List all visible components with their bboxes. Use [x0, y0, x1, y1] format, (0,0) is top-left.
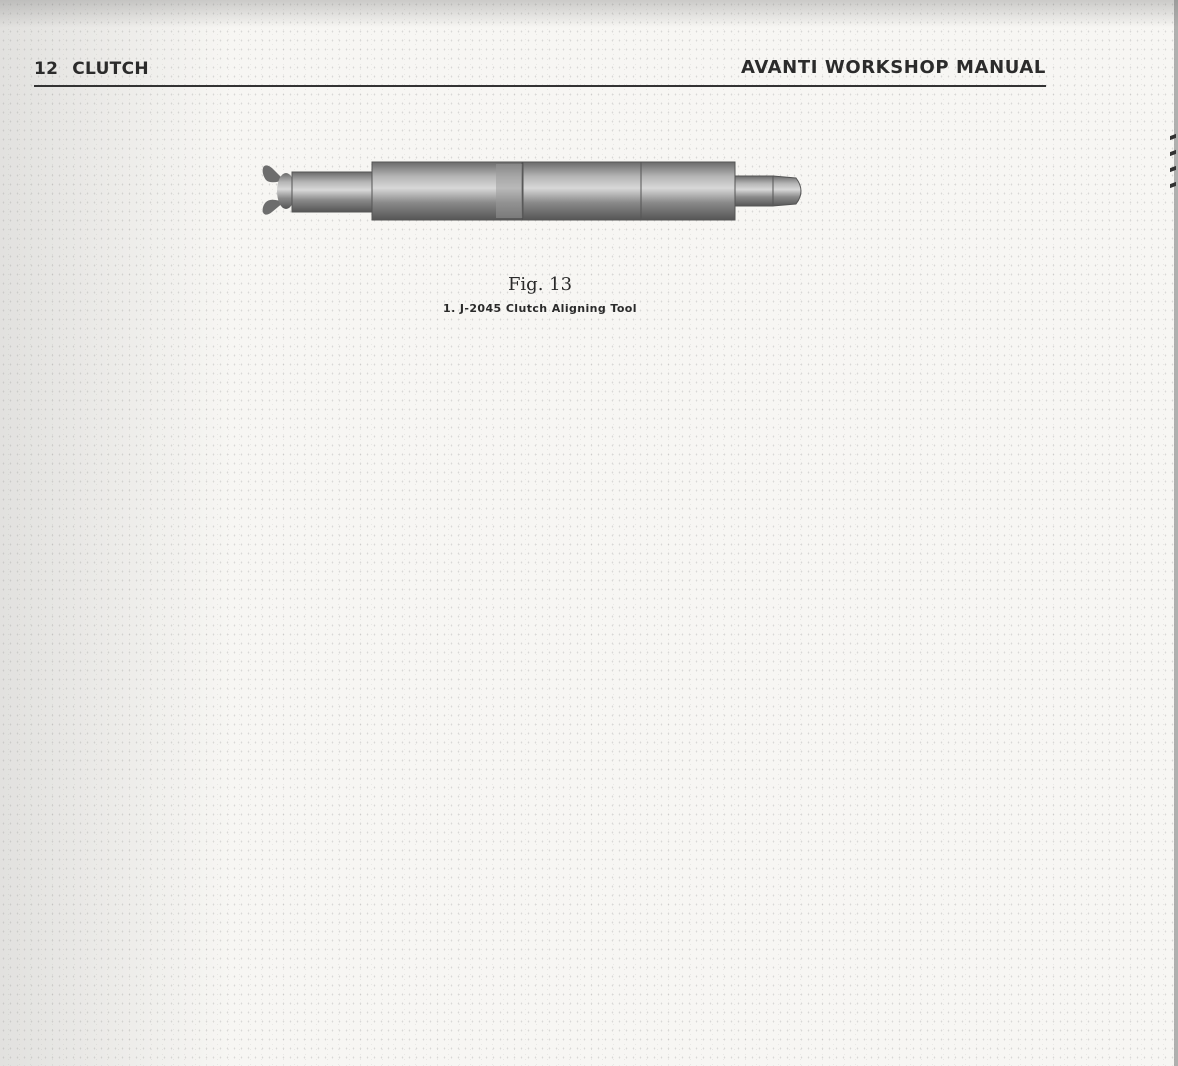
section-title: CLUTCH: [72, 59, 149, 79]
page-number: 12: [34, 59, 58, 79]
header-rule: [34, 85, 1046, 87]
figure-label: Fig. 13: [0, 274, 1080, 295]
caption-item-number: 1.: [443, 302, 456, 315]
manual-title: AVANTI WORKSHOP MANUAL: [741, 57, 1046, 78]
clutch-aligning-tool-illustration: [258, 150, 818, 235]
figure-caption-item: 1. J-2045 Clutch Aligning Tool: [0, 302, 1080, 315]
caption-item-text: J-2045 Clutch Aligning Tool: [460, 302, 637, 315]
header-left: 12CLUTCH: [34, 59, 149, 79]
scan-shadow-top: [0, 0, 1178, 28]
binding-marks: [1166, 135, 1176, 195]
running-header: 12CLUTCH AVANTI WORKSHOP MANUAL: [34, 55, 1046, 85]
wing-nut-icon: [263, 165, 295, 214]
scan-shadow-left: [0, 0, 230, 1066]
